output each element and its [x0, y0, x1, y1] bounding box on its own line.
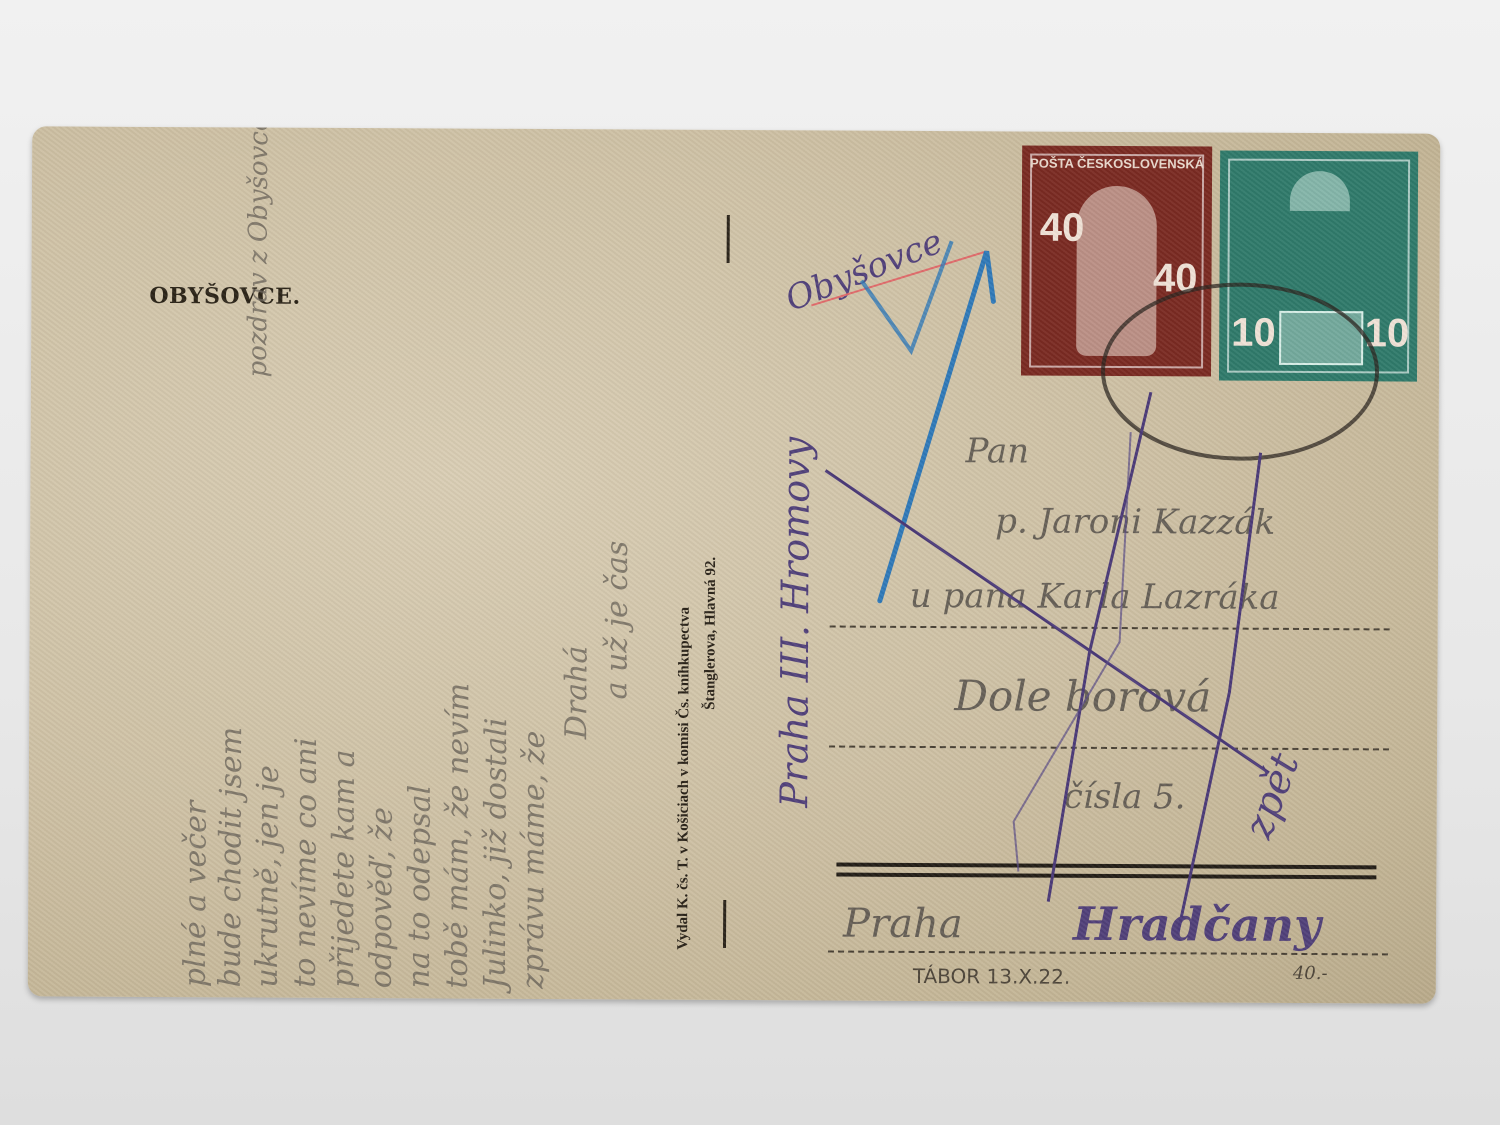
place-name-heading: OBYŠOVCE.: [149, 283, 300, 310]
address-line-1: p. Jaroni Kazzák: [995, 501, 1275, 542]
divider-bottom: [723, 900, 726, 948]
stamp-10: 10 10: [1219, 151, 1418, 382]
imprint-line-2: Štanglerova, Hlavná 92.: [696, 310, 725, 950]
address-salutation: Pan: [965, 431, 1029, 471]
tabor-date-note: TÁBOR 13.X.22.: [913, 964, 1071, 989]
message-line: zprávu máme, že: [516, 731, 552, 989]
imprint-line-1: Vydal K. čs. T. v Košiciach v komisi Čs.…: [670, 310, 699, 950]
divider-top: [727, 215, 730, 263]
message-line: Drahá: [559, 646, 594, 740]
address-line-2: u pana Karla Lazráka: [910, 576, 1280, 618]
address-line-3: Dole borová: [954, 671, 1211, 721]
postmark-circle: [1101, 282, 1380, 461]
handwritten-message: plné a večer bude chodit jsem ukrutně, j…: [158, 137, 682, 1000]
liberty-figure-icon: [1076, 186, 1157, 356]
vertical-note: Praha III. Hromovy: [772, 437, 818, 808]
postcard: OBYŠOVCE. plné a večer bude chodit jsem …: [28, 126, 1441, 1003]
envelope-icon: [1279, 311, 1363, 365]
message-line: plné a večer: [178, 801, 214, 988]
message-line: a už je čas: [599, 541, 635, 700]
publisher-imprint: Vydal K. čs. T. v Košiciach v komisi Čs.…: [670, 310, 725, 950]
address-city: Praha: [843, 901, 963, 948]
message-line: na to odepsal: [402, 785, 438, 989]
address-line-4: čísla 5.: [1064, 777, 1186, 818]
message-line: pozdrav z Obyšovce: [243, 126, 274, 377]
message-line: přijedete kam a: [326, 749, 362, 988]
stamp-40: POŠTA ČESKOSLOVENSKÁ 40 40: [1021, 146, 1212, 377]
message-line: bude chodit jsem: [213, 727, 249, 988]
message-line: ukrutně, jen je: [250, 765, 286, 988]
message-line: to nevíme co ani: [288, 737, 324, 987]
dove-icon: [1290, 171, 1350, 211]
corner-price-note: 40.-: [1293, 963, 1328, 984]
message-line: odpověď, že: [364, 807, 400, 988]
message-line: Julinko, již dostali: [478, 717, 514, 988]
message-line: tobě mám, že nevím: [440, 683, 477, 989]
zpet-note: zpět: [1235, 747, 1308, 844]
top-margin-note: Obyšovce: [780, 222, 948, 320]
pencil-marks: [28, 126, 1441, 1003]
address-district: Hradčany: [1073, 897, 1321, 952]
